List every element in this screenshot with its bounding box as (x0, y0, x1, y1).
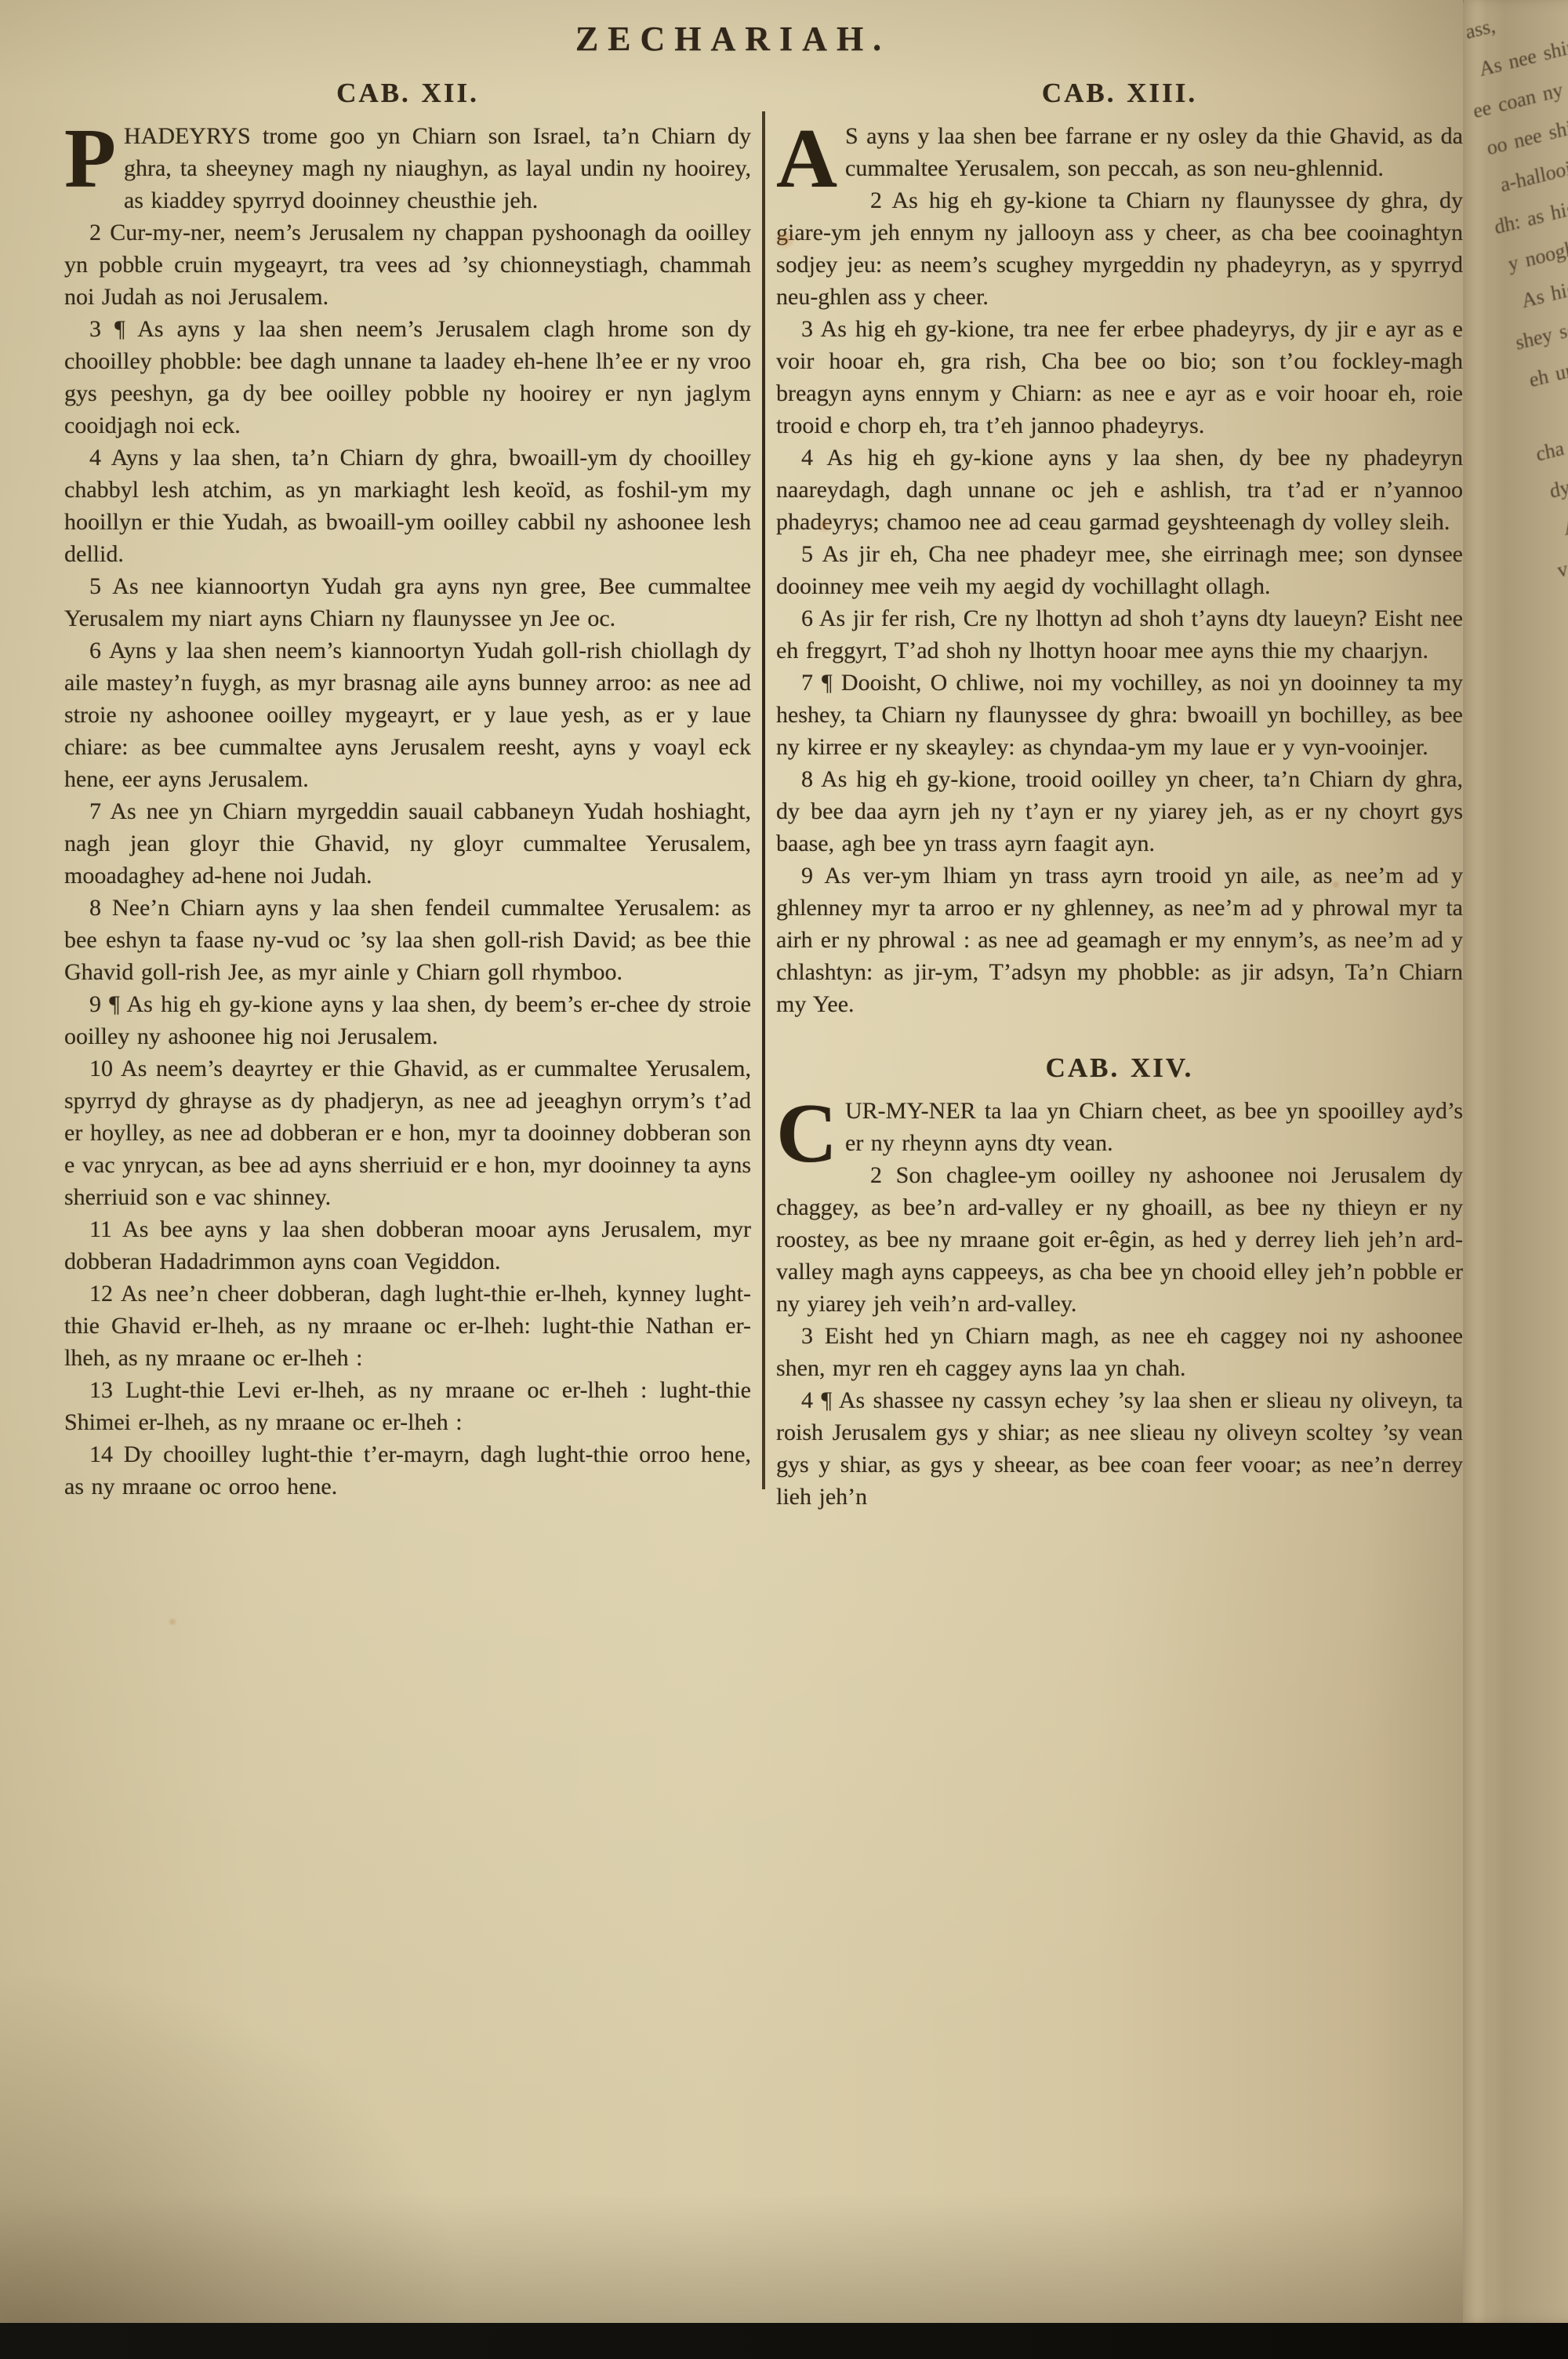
verse: 7 As nee yn Chiarn myrgeddin sauail cabb… (64, 795, 751, 892)
verse: 7 ¶ Dooisht, O chliwe, noi my vochilley,… (776, 667, 1463, 763)
verse: 4 As hig eh gy-kione ayns y laa shen, dy… (776, 442, 1463, 538)
verse-number: 14 (89, 1441, 124, 1467)
verse: 5 As nee kiannoortyn Yudah gra ayns nyn … (64, 570, 751, 634)
verse: 4 Ayns y laa shen, ta’n Chiarn dy ghra, … (64, 442, 751, 570)
verse-number: 8 (801, 766, 821, 792)
edge-strip-text: ghey gys yass,As nee shiu cheaee coan ny… (1463, 0, 1568, 2082)
chapter-heading: CAB. XIV. (776, 1052, 1463, 1084)
verse-number: 5 (89, 573, 112, 599)
drop-cap: C (776, 1101, 837, 1167)
verse-number: 13 (89, 1377, 125, 1403)
verse-number: 4 ¶ (801, 1387, 839, 1413)
left-column: CAB. XII.PHADEYRYS trome goo yn Chiarn s… (64, 77, 751, 1513)
verse-number: 9 ¶ (89, 991, 126, 1017)
verse: 9 As ver-ym lhiam yn trass ayrn trooid y… (776, 860, 1463, 1020)
verse-number: 3 (801, 1323, 825, 1349)
verse: 14 Dy chooilley lught-thie t’er-mayrn, d… (64, 1438, 751, 1503)
page-body: CAB. XII.PHADEYRYS trome goo yn Chiarn s… (64, 77, 1463, 1513)
verse: 8 Nee’n Chiarn ayns y laa shen fendeil c… (64, 892, 751, 988)
verse-number: 6 (89, 638, 109, 663)
verse: 2 As hig eh gy-kione ta Chiarn ny flauny… (776, 184, 1463, 313)
verse: 3 ¶ As ayns y laa shen neem’s Jerusalem … (64, 313, 751, 442)
verse-number: 3 ¶ (89, 316, 137, 342)
scanned-page: ZECHARIAH. CAB. XII.PHADEYRYS trome goo … (0, 0, 1568, 2359)
column-divider-rule (762, 111, 765, 1489)
verse-number: 12 (89, 1281, 121, 1307)
book-title: ZECHARIAH. (0, 19, 1466, 59)
right-column: CAB. XIII.AS ayns y laa shen bee farrane… (776, 77, 1463, 1513)
verse-number: 4 (89, 445, 111, 471)
verse-number: 2 (870, 187, 891, 213)
verse-number: 7 ¶ (801, 670, 841, 696)
verse-number: 10 (89, 1056, 121, 1081)
verse: 11 As bee ayns y laa shen dobberan mooar… (64, 1213, 751, 1278)
verse-number: 2 (89, 220, 110, 245)
verse: AS ayns y laa shen bee farrane er ny osl… (776, 120, 1463, 184)
verse-number: 5 (801, 541, 822, 567)
verse: 8 As hig eh gy-kione, trooid ooilley yn … (776, 763, 1463, 860)
verse-number: 6 (801, 605, 819, 631)
verse-number: 8 (89, 895, 112, 921)
verse: 3 As hig eh gy-kione, tra nee fer erbee … (776, 313, 1463, 442)
verse: 3 Eisht hed yn Chiarn magh, as nee eh ca… (776, 1320, 1463, 1384)
drop-cap: P (64, 126, 116, 192)
verse-number: 9 (801, 863, 824, 889)
verse: 9 ¶ As hig eh gy-kione ayns y laa shen, … (64, 988, 751, 1052)
verse: 2 Son chaglee-ym ooilley ny ashoonee noi… (776, 1159, 1463, 1320)
paper-stain (168, 1617, 177, 1627)
photo-bottom-bar (0, 2323, 1568, 2359)
verse: 13 Lught-thie Levi er-lheh, as ny mraane… (64, 1374, 751, 1438)
next-page-edge: ghey gys yass,As nee shiu cheaee coan ny… (1463, 0, 1568, 2323)
verse-number: 11 (89, 1216, 122, 1242)
verse: 6 Ayns y laa shen neem’s kiannoortyn Yud… (64, 634, 751, 795)
chapter-heading: CAB. XII. (64, 77, 751, 109)
verse: 6 As jir fer rish, Cre ny lhottyn ad sho… (776, 602, 1463, 667)
verse: 4 ¶ As shassee ny cassyn echey ’sy laa s… (776, 1384, 1463, 1513)
verse: 5 As jir eh, Cha nee phadeyr mee, she ei… (776, 538, 1463, 602)
verse-number: 7 (89, 798, 110, 824)
verse: PHADEYRYS trome goo yn Chiarn son Israel… (64, 120, 751, 216)
verse-number: 3 (801, 316, 821, 342)
chapter-heading: CAB. XIII. (776, 77, 1463, 109)
verse: CUR-MY-NER ta laa yn Chiarn cheet, as be… (776, 1095, 1463, 1159)
verse: 12 As nee’n cheer dobberan, dagh lught-t… (64, 1278, 751, 1374)
verse: 2 Cur-my-ner, neem’s Jerusalem ny chappa… (64, 216, 751, 313)
verse-number: 2 (870, 1162, 896, 1188)
verse: 10 As neem’s deayrtey er thie Ghavid, as… (64, 1052, 751, 1213)
verse-number: 4 (801, 445, 826, 471)
drop-cap: A (776, 126, 837, 192)
